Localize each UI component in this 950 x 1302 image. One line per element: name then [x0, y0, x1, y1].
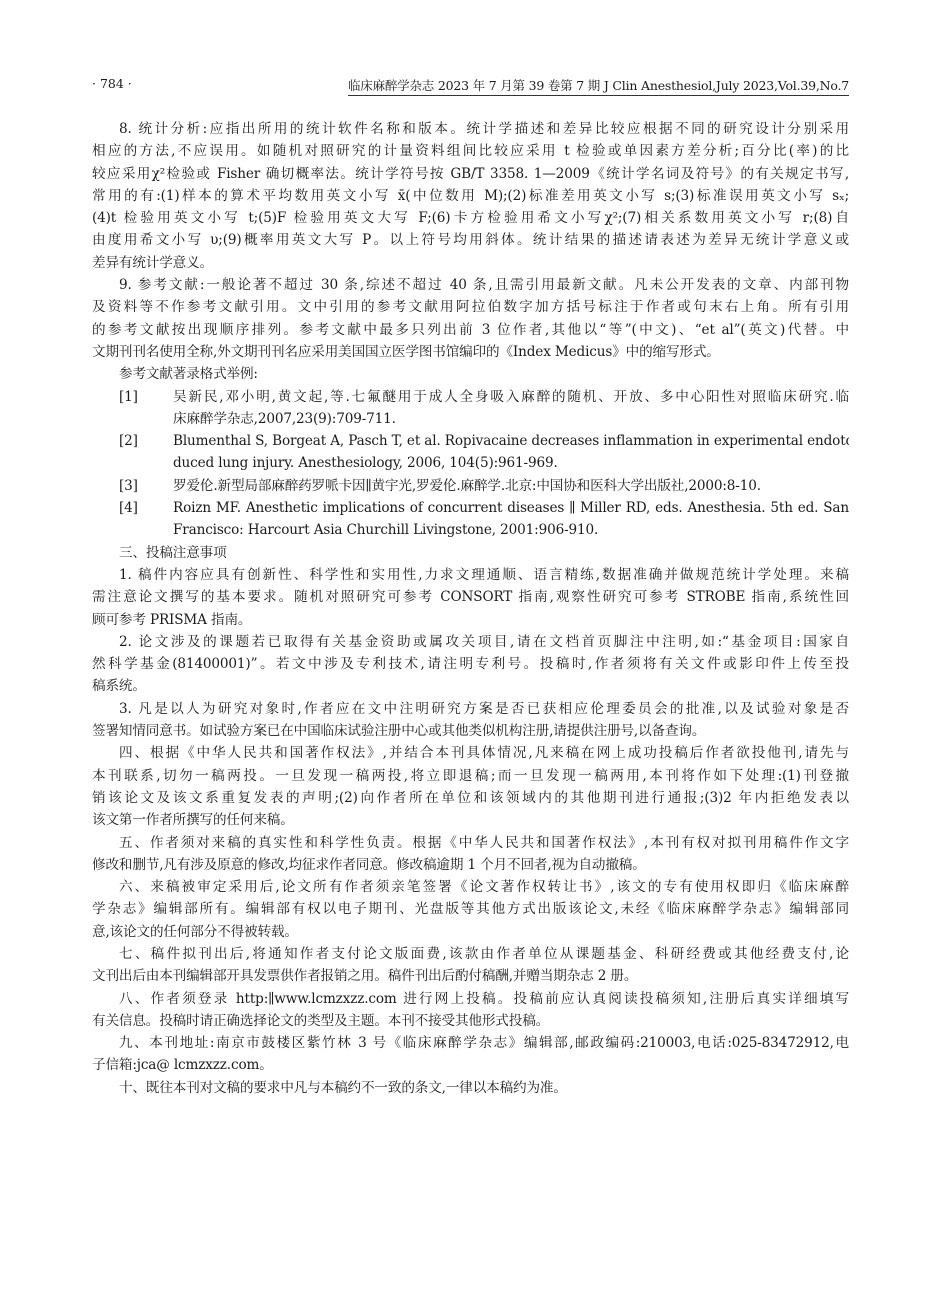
text-line: 十、既往本刊对文稿的要求中凡与本稿约不一致的条文,一律以本稿约为准。: [92, 1077, 849, 1099]
text-line: 六、来稿被审定采用后,论文所有作者须亲笔签署《论文著作权转让书》,该文的专有使用…: [92, 876, 849, 898]
text-line: 修改和删节,凡有涉及原意的修改,均征求作者同意。修改稿逾期 1 个月不回者,视为…: [92, 854, 849, 876]
reference-text: Roizn MF. Anesthetic implications of con…: [173, 500, 849, 516]
page-number: · 784 ·: [92, 76, 132, 91]
reference-number: [1]: [119, 386, 138, 408]
reference-format-heading: 参考文献著录格式举例:: [92, 363, 849, 385]
paragraph-statistics: 8. 统计分析:应指出所用的统计软件名称和版本。统计学描述和差异比较应根据不同的…: [92, 118, 849, 274]
reference-example-2: [2]Blumenthal S, Borgeat A, Pasch T, et …: [92, 430, 849, 475]
text-line: 有关信息。投稿时请正确选择论文的类型及主题。本刊不接受其他形式投稿。: [92, 1010, 849, 1032]
text-line: 9. 参考文献:一般论著不超过 30 条,综述不超过 40 条,且需引用最新文献…: [92, 274, 849, 296]
text-line: 学杂志》编辑部所有。编辑部有权以电子期刊、光盘版等其他方式出版该论文,未经《临床…: [92, 898, 849, 920]
text-line: 本刊联系,切勿一稿两投。一旦发现一稿两投,将立即退稿;而一旦发现一稿两用,本刊将…: [92, 765, 849, 787]
text-line: 五、作者须对来稿的真实性和科学性负责。根据《中华人民共和国著作权法》,本刊有权对…: [92, 832, 849, 854]
text-line: (4)t 检验用英文小写 t;(5)F 检验用英文大写 F;(6)卡方检验用希文…: [92, 207, 849, 229]
text-line: 需注意论文撰写的基本要求。随机对照研究可参考 CONSORT 指南,观察性研究可…: [92, 586, 849, 608]
text-line: 四、根据《中华人民共和国著作权法》,并结合本刊具体情况,凡来稿在网上成功投稿后作…: [92, 742, 849, 764]
text-line: 较应采用χ²检验或 Fisher 确切概率法。统计学符号按 GB/T 3358.…: [92, 163, 849, 185]
text-line: 稿系统。: [92, 675, 849, 697]
text-line: 九、本刊地址:南京市鼓楼区紫竹林 3 号《临床麻醉学杂志》编辑部,邮政编码:21…: [92, 1032, 849, 1054]
text-line: 顾可参考 PRISMA 指南。: [92, 609, 849, 631]
paragraph-section-5: 五、作者须对来稿的真实性和科学性负责。根据《中华人民共和国著作权法》,本刊有权对…: [92, 832, 849, 877]
text-line: 及资料等不作参考文献引用。文中引用的参考文献用阿拉伯数字加方括号标注于作者或句末…: [92, 296, 849, 318]
text-line: 差异有统计学意义。: [92, 252, 849, 274]
text-line: 1. 稿件内容应具有创新性、科学性和实用性,力求文理通顺、语言精练,数据准确并做…: [92, 564, 849, 586]
text-line: 相应的方法,不应误用。如随机对照研究的计量资料组间比较应采用 t 检验或单因素方…: [92, 140, 849, 162]
paragraph-section-10: 十、既往本刊对文稿的要求中凡与本稿约不一致的条文,一律以本稿约为准。: [92, 1077, 849, 1099]
text-line: 七、稿件拟刊出后,将通知作者支付论文版面费,该款由作者单位从课题基金、科研经费或…: [92, 943, 849, 965]
reference-text: Francisco: Harcourt Asia Churchill Livin…: [92, 519, 849, 541]
paragraph-note-3: 3. 凡是以人为研究对象时,作者应在文中注明研究方案是否已获相应伦理委员会的批准…: [92, 698, 849, 743]
reference-example-3: [3]罗爱伦.新型局部麻醉药罗哌卡因∥黄宇光,罗爱伦.麻醉学.北京:中国协和医科…: [92, 475, 849, 497]
text-line: 2. 论文涉及的课题若已取得有关基金资助或属攻关项目,请在文档首页脚注中注明,如…: [92, 631, 849, 653]
text-line: 该文第一作者所撰写的任何来稿。: [92, 809, 849, 831]
journal-running-title: 临床麻醉学杂志 2023 年 7 月第 39 卷第 7 期 J Clin Ane…: [348, 76, 849, 96]
paragraph-section-8: 八、作者须登录 http:∥www.lcmzxzz.com 进行网上投稿。投稿前…: [92, 988, 849, 1033]
text-line: 8. 统计分析:应指出所用的统计软件名称和版本。统计学描述和差异比较应根据不同的…: [92, 118, 849, 140]
paragraph-section-6: 六、来稿被审定采用后,论文所有作者须亲笔签署《论文著作权转让书》,该文的专有使用…: [92, 876, 849, 943]
text-line: 销该论文及该文系重复发表的声明;(2)向作者所在单位和该领域内的其他期刊进行通报…: [92, 787, 849, 809]
reference-text: 床麻醉学杂志,2007,23(9):709-711.: [92, 408, 849, 430]
text-line: 由度用希文小写 υ;(9)概率用英文大写 P。以上符号均用斜体。统计结果的描述请…: [92, 229, 849, 251]
text-line: 签署知情同意书。如试验方案已在中国临床试验注册中心或其他类似机构注册,请提供注册…: [92, 720, 849, 742]
paragraph-section-7: 七、稿件拟刊出后,将通知作者支付论文版面费,该款由作者单位从课题基金、科研经费或…: [92, 943, 849, 988]
text-line: 子信箱:jca@ lcmzxzz.com。: [92, 1054, 849, 1076]
paragraph-references: 9. 参考文献:一般论著不超过 30 条,综述不超过 40 条,且需引用最新文献…: [92, 274, 849, 542]
reference-text: 吴新民,邓小明,黄文起,等.七氟醚用于成人全身吸入麻醉的随机、开放、多中心阳性对…: [173, 389, 849, 405]
paragraph-note-2: 2. 论文涉及的课题若已取得有关基金资助或属攻关项目,请在文档首页脚注中注明,如…: [92, 631, 849, 698]
reference-text: 罗爱伦.新型局部麻醉药罗哌卡因∥黄宇光,罗爱伦.麻醉学.北京:中国协和医科大学出…: [173, 478, 761, 494]
reference-example-1: [1]吴新民,邓小明,黄文起,等.七氟醚用于成人全身吸入麻醉的随机、开放、多中心…: [92, 386, 849, 431]
reference-number: [4]: [119, 497, 138, 519]
reference-number: [3]: [119, 475, 138, 497]
text-line: 3. 凡是以人为研究对象时,作者应在文中注明研究方案是否已获相应伦理委员会的批准…: [92, 698, 849, 720]
text-line: 常用的有:(1)样本的算术平均数用英文小写 x̄(中位数用 M);(2)标准差用…: [92, 185, 849, 207]
reference-number: [2]: [119, 430, 138, 452]
reference-text: duced lung injury. Anesthesiology, 2006,…: [92, 452, 849, 474]
text-line: 然科学基金(81400001)”。若文中涉及专利技术,请注明专利号。投稿时,作者…: [92, 653, 849, 675]
text-line: 的参考文献按出现顺序排列。参考文献中最多只列出前 3 位作者,其他以“等”(中文…: [92, 319, 849, 341]
reference-text: Blumenthal S, Borgeat A, Pasch T, et al.…: [173, 433, 849, 449]
reference-example-4: [4]Roizn MF. Anesthetic implications of …: [92, 497, 849, 542]
page-header: · 784 · 临床麻醉学杂志 2023 年 7 月第 39 卷第 7 期 J …: [92, 76, 849, 96]
section-heading-submission-notes: 三、投稿注意事项: [92, 542, 849, 564]
paragraph-section-4: 四、根据《中华人民共和国著作权法》,并结合本刊具体情况,凡来稿在网上成功投稿后作…: [92, 742, 849, 831]
paragraph-section-9: 九、本刊地址:南京市鼓楼区紫竹林 3 号《临床麻醉学杂志》编辑部,邮政编码:21…: [92, 1032, 849, 1077]
text-line: 意,该论文的任何部分不得被转载。: [92, 921, 849, 943]
page-body: 8. 统计分析:应指出所用的统计软件名称和版本。统计学描述和差异比较应根据不同的…: [92, 118, 849, 1099]
text-line: 八、作者须登录 http:∥www.lcmzxzz.com 进行网上投稿。投稿前…: [92, 988, 849, 1010]
paragraph-note-1: 1. 稿件内容应具有创新性、科学性和实用性,力求文理通顺、语言精练,数据准确并做…: [92, 564, 849, 631]
text-line: 文期刊刊名使用全称,外文期刊刊名应采用美国国立医学图书馆编印的《Index Me…: [92, 341, 849, 363]
text-line: 文刊出后由本刊编辑部开具发票供作者报销之用。稿件刊出后酌付稿酬,并赠当期杂志 2…: [92, 965, 849, 987]
